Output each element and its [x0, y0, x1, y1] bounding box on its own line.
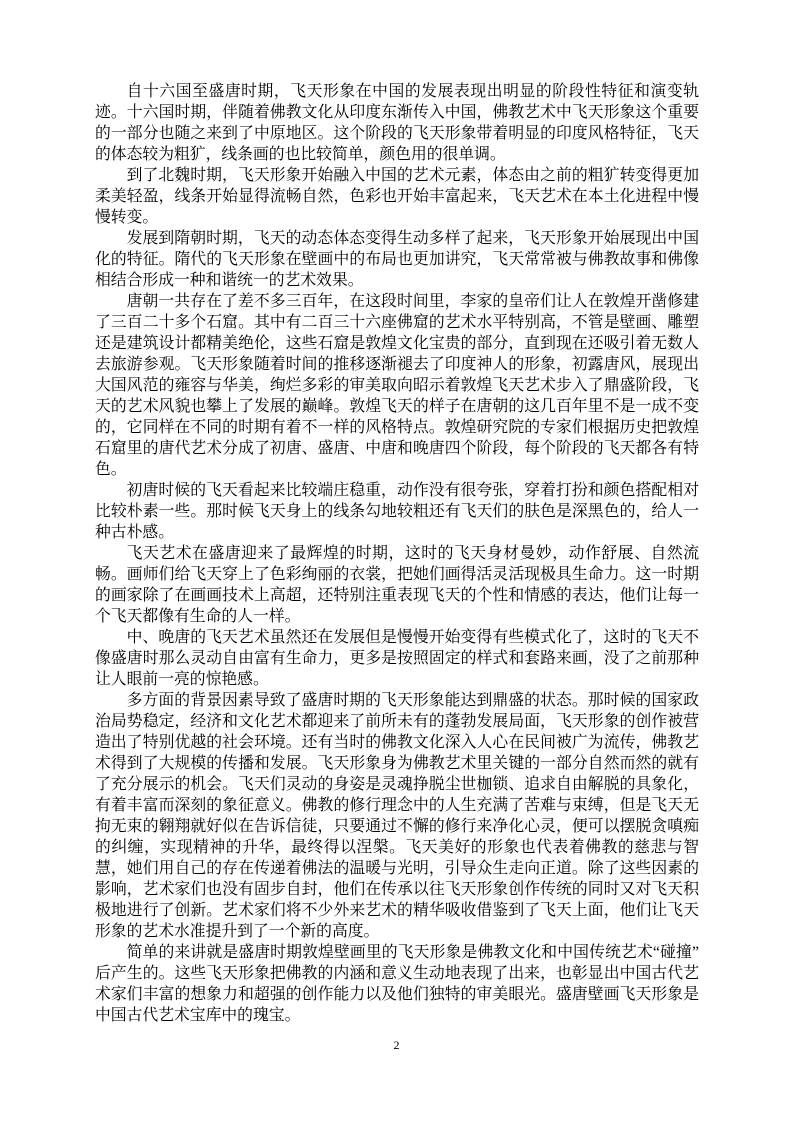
- paragraph-4: 唐朝一共存在了差不多三百年，在这段时间里，李家的皇帝们让人在敦煌开凿修建了三百二…: [95, 291, 699, 480]
- paragraph-6: 飞天艺术在盛唐迎来了最辉煌的时期，这时的飞天身材曼妙，动作舒展、自然流畅。画师们…: [95, 543, 699, 627]
- document-page: 自十六国至盛唐时期，飞天形象在中国的发展表现出明显的阶段性特征和演变轨迹。十六国…: [0, 0, 793, 1122]
- page-number: 2: [0, 1038, 793, 1052]
- paragraph-7: 中、晚唐的飞天艺术虽然还在发展但是慢慢开始变得有些模式化了，这时的飞天不像盛唐时…: [95, 627, 699, 690]
- paragraph-9: 简单的来讲就是盛唐时期敦煌壁画里的飞天形象是佛教文化和中国传统艺术“碰撞”后产生…: [95, 942, 699, 1026]
- paragraph-3: 发展到隋朝时期，飞天的动态体态变得生动多样了起来，飞天形象开始展现出中国化的特征…: [95, 228, 699, 291]
- paragraph-5: 初唐时候的飞天看起来比较端庄稳重，动作没有很夸张，穿着打扮和颜色搭配相对比较朴素…: [95, 480, 699, 543]
- paragraph-1: 自十六国至盛唐时期，飞天形象在中国的发展表现出明显的阶段性特征和演变轨迹。十六国…: [95, 81, 699, 165]
- document-text-body: 自十六国至盛唐时期，飞天形象在中国的发展表现出明显的阶段性特征和演变轨迹。十六国…: [95, 81, 699, 1026]
- paragraph-2: 到了北魏时期，飞天形象开始融入中国的艺术元素，体态由之前的粗犷转变得更加柔美轻盈…: [95, 165, 699, 228]
- paragraph-8: 多方面的背景因素导致了盛唐时期的飞天形象能达到鼎盛的状态。那时候的国家政治局势稳…: [95, 690, 699, 942]
